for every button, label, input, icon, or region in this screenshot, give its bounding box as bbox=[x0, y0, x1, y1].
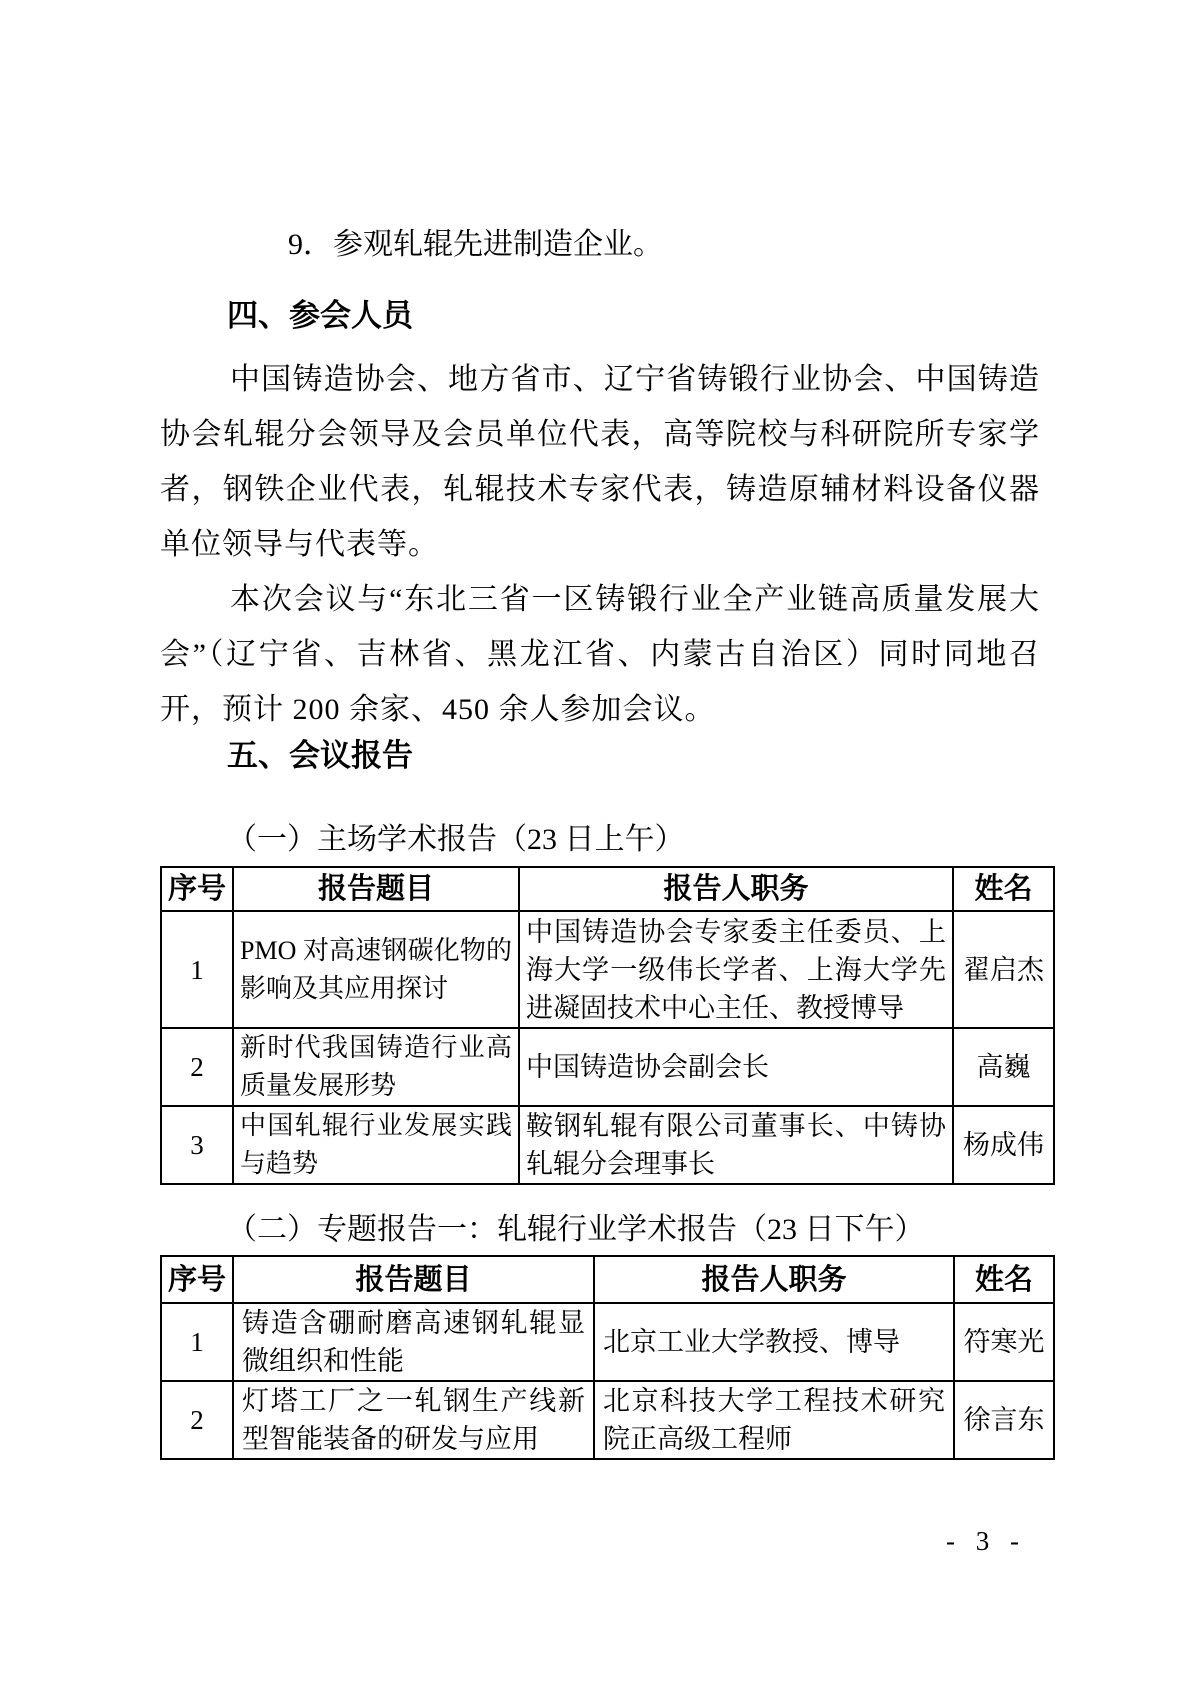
section-4-body: 中国铸造协会、地方省市、辽宁省铸锻行业协会、中国铸造协会轧辊分会领导及会员单位代… bbox=[160, 352, 1040, 737]
special-topic-report-table: 序号 报告题目 报告人职务 姓名 1 铸造含硼耐磨高速钢轧辊显微组织和性能 北京… bbox=[160, 1255, 1055, 1460]
table-row: 2 灯塔工厂之一轧钢生产线新型智能装备的研发与应用 北京科技大学工程技术研究院正… bbox=[161, 1381, 1054, 1459]
cell-name: 高巍 bbox=[953, 1028, 1054, 1106]
cell-title: PMO 对高速钢碳化物的影响及其应用探讨 bbox=[233, 911, 519, 1028]
main-session-report-table: 序号 报告题目 报告人职务 姓名 1 PMO 对高速钢碳化物的影响及其应用探讨 … bbox=[160, 866, 1055, 1185]
table-row: 2 新时代我国铸造行业高质量发展形势 中国铸造协会副会长 高巍 bbox=[161, 1028, 1054, 1106]
column-header-title: 报告题目 bbox=[233, 1256, 594, 1303]
section-4-paragraph-1: 中国铸造协会、地方省市、辽宁省铸锻行业协会、中国铸造协会轧辊分会领导及会员单位代… bbox=[160, 352, 1040, 572]
cell-name: 翟启杰 bbox=[953, 911, 1054, 1028]
column-header-index: 序号 bbox=[161, 867, 233, 911]
cell-title: 中国轧辊行业发展实践与趋势 bbox=[233, 1106, 519, 1184]
numbered-list-item-9: 9．参观轧辊先进制造企业。 bbox=[288, 227, 663, 263]
column-header-speaker-position: 报告人职务 bbox=[519, 867, 953, 911]
document-page: 9．参观轧辊先进制造企业。 四、参会人员 中国铸造协会、地方省市、辽宁省铸锻行业… bbox=[0, 0, 1200, 1697]
table-row: 1 PMO 对高速钢碳化物的影响及其应用探讨 中国铸造协会专家委主任委员、上海大… bbox=[161, 911, 1054, 1028]
cell-position: 中国铸造协会专家委主任委员、上海大学一级伟长学者、上海大学先进凝固技术中心主任、… bbox=[519, 911, 953, 1028]
cell-title: 灯塔工厂之一轧钢生产线新型智能装备的研发与应用 bbox=[233, 1381, 594, 1459]
column-header-title: 报告题目 bbox=[233, 867, 519, 911]
cell-title: 铸造含硼耐磨高速钢轧辊显微组织和性能 bbox=[233, 1303, 594, 1381]
section-5-heading: 五、会议报告 bbox=[227, 737, 413, 775]
cell-name: 徐言东 bbox=[954, 1381, 1054, 1459]
cell-position: 北京科技大学工程技术研究院正高级工程师 bbox=[594, 1381, 954, 1459]
cell-index: 3 bbox=[161, 1106, 233, 1184]
column-header-name: 姓名 bbox=[953, 867, 1054, 911]
column-header-index: 序号 bbox=[161, 1256, 233, 1303]
page-number: - 3 - bbox=[946, 1524, 1026, 1558]
cell-index: 2 bbox=[161, 1028, 233, 1106]
column-header-name: 姓名 bbox=[954, 1256, 1054, 1303]
cell-position: 中国铸造协会副会长 bbox=[519, 1028, 953, 1106]
cell-name: 符寒光 bbox=[954, 1303, 1054, 1381]
table-header-row: 序号 报告题目 报告人职务 姓名 bbox=[161, 1256, 1054, 1303]
cell-position: 鞍钢轧辊有限公司董事长、中铸协轧辊分会理事长 bbox=[519, 1106, 953, 1184]
column-header-speaker-position: 报告人职务 bbox=[594, 1256, 954, 1303]
section-4-paragraph-2: 本次会议与“东北三省一区铸锻行业全产业链高质量发展大会”（辽宁省、吉林省、黑龙江… bbox=[160, 572, 1040, 737]
table-header-row: 序号 报告题目 报告人职务 姓名 bbox=[161, 867, 1054, 911]
cell-title: 新时代我国铸造行业高质量发展形势 bbox=[233, 1028, 519, 1106]
subsection-1-heading: （一）主场学术报告（23 日上午） bbox=[227, 821, 685, 859]
cell-position: 北京工业大学教授、博导 bbox=[594, 1303, 954, 1381]
cell-index: 2 bbox=[161, 1381, 233, 1459]
cell-index: 1 bbox=[161, 1303, 233, 1381]
table-row: 3 中国轧辊行业发展实践与趋势 鞍钢轧辊有限公司董事长、中铸协轧辊分会理事长 杨… bbox=[161, 1106, 1054, 1184]
table-row: 1 铸造含硼耐磨高速钢轧辊显微组织和性能 北京工业大学教授、博导 符寒光 bbox=[161, 1303, 1054, 1381]
cell-index: 1 bbox=[161, 911, 233, 1028]
section-4-heading: 四、参会人员 bbox=[227, 297, 413, 335]
cell-name: 杨成伟 bbox=[953, 1106, 1054, 1184]
subsection-2-heading: （二）专题报告一：轧辊行业学术报告（23 日下午） bbox=[227, 1211, 925, 1249]
